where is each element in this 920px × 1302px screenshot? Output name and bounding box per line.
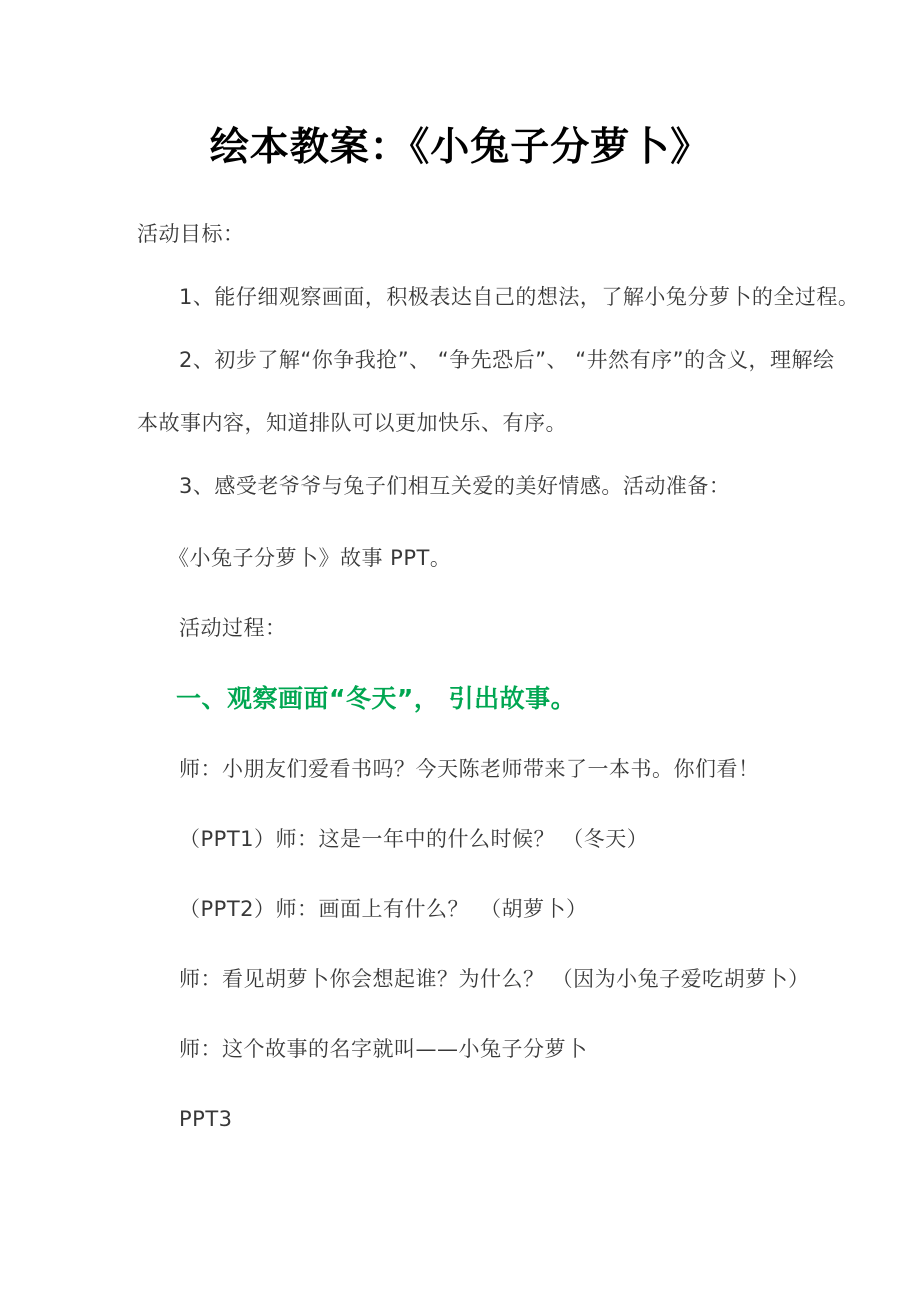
line-goal-3-and-prep-label: 3、感受老爷爷与兔子们相互关爱的美好情感。活动准备：: [179, 473, 730, 499]
line-ppt1-question: （PPT1）师：这是一年中的什么时候？ （冬天）: [179, 826, 648, 852]
document-page: 绘本教案：《小兔子分萝卜》 活动目标： 1、能仔细观察画面，积极表达自己的想法，…: [0, 0, 920, 1302]
line-activity-process-label: 活动过程：: [179, 615, 287, 641]
document-title: 绘本教案：《小兔子分萝卜》: [0, 124, 920, 172]
line-prep-story-ppt: 《小兔子分萝卜》故事 PPT。: [168, 545, 451, 571]
line-ppt2-question: （PPT2）师：画面上有什么？ （胡萝卜）: [179, 896, 588, 922]
line-goal-2-continued: 本故事内容，知道排队可以更加快乐、有序。: [137, 410, 567, 436]
line-teacher-intro: 师：小朋友们爱看书吗？今天陈老师带来了一本书。你们看！: [179, 756, 760, 782]
section-heading-1-green: 一、观察画面“冬天”， 引出故事。: [176, 684, 576, 714]
line-goal-1: 1、能仔细观察画面，积极表达自己的想法，了解小兔分萝卜的全过程。: [179, 284, 859, 310]
line-teacher-story-title: 师：这个故事的名字就叫——小兔子分萝卜: [179, 1036, 588, 1062]
line-teacher-carrot-question: 师：看见胡萝卜你会想起谁？为什么？ （因为小兔子爱吃胡萝卜）: [179, 966, 810, 992]
line-goal-2: 2、初步了解“你争我抢”、 “争先恐后”、 “井然有序”的含义，理解绘: [179, 347, 835, 373]
line-activity-goals-label: 活动目标：: [137, 221, 245, 247]
line-ppt3-label: PPT3: [179, 1106, 233, 1132]
